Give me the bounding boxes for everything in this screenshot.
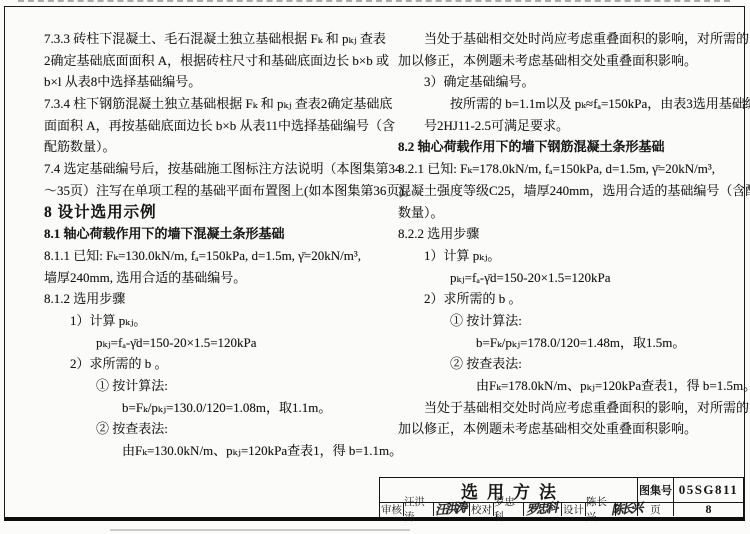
text-line: 由Fₖ=178.0kN/m、pₖⱼ=120kPa查表1，得 b=1.5m。 bbox=[398, 375, 734, 397]
text-line: 号2HJ11-2.5可满足要求。 bbox=[398, 115, 734, 137]
text-line: 墙厚240mm, 选用合适的基础编号。 bbox=[44, 267, 376, 289]
page-label: 页 bbox=[638, 503, 674, 516]
text-line: 7.3.4 柱下钢筋混凝土独立基础根据 Fₖ 和 pₖⱼ 查表2确定基础底 bbox=[44, 93, 376, 115]
text-line: 8.1.1 已知: Fₖ=130.0kN/m, fₐ=150kPa, d=1.5… bbox=[44, 245, 376, 267]
text-line: b×l 从表8中选择基础编号。 bbox=[44, 71, 376, 93]
text-line: 8.1 轴心荷载作用下的墙下混凝土条形基础 bbox=[44, 223, 376, 245]
text-line: ① 按计算法: bbox=[44, 375, 376, 397]
text-line: ① 按计算法: bbox=[398, 310, 734, 332]
text-line: ② 按查表法: bbox=[398, 353, 734, 375]
text-line: pₖⱼ=fₐ-γ̄d=150-20×1.5=120kPa bbox=[44, 332, 376, 354]
content-left-column: 7.3.3 砖柱下混凝土、毛石混凝土独立基础根据 Fₖ 和 pₖⱼ 查表2确定基… bbox=[44, 28, 376, 462]
text-line: 数量）。 bbox=[398, 202, 734, 224]
text-line: 加以修正，本例题未考虑基础相交处重叠面积影响。 bbox=[398, 418, 734, 440]
atlas-no-value: 05SG811 bbox=[674, 478, 743, 503]
text-line: 8.2.1 已知: Fₖ=178.0kN/m, fₐ=150kPa, d=1.5… bbox=[398, 158, 734, 180]
text-line: 1）计算 pₖⱼ。 bbox=[398, 245, 734, 267]
text-line: 当处于基础相交处时尚应考虑重叠面积的影响，对所需的 b bbox=[398, 28, 734, 50]
text-line: 8.2 轴心荷载作用下的墙下钢筋混凝土条形基础 bbox=[398, 136, 734, 158]
designer-label: 设计 bbox=[562, 503, 586, 516]
content-right-column: 当处于基础相交处时尚应考虑重叠面积的影响，对所需的 b加以修正，本例题未考虑基础… bbox=[398, 28, 734, 440]
text-line: 当处于基础相交处时尚应考虑重叠面积的影响，对所需的 b bbox=[398, 397, 734, 419]
text-line: 7.3.3 砖柱下混凝土、毛石混凝土独立基础根据 Fₖ 和 pₖⱼ 查表 bbox=[44, 28, 376, 50]
text-line: b=Fₖ/pₖⱼ=130.0/120=1.08m，取1.1m。 bbox=[44, 397, 376, 419]
text-line: 8.2.2 选用步骤 bbox=[398, 223, 734, 245]
text-line: 2）求所需的 b 。 bbox=[398, 288, 734, 310]
text-line: 8.1.2 选用步骤 bbox=[44, 288, 376, 310]
signature-script: 罗忠科 bbox=[526, 498, 559, 519]
text-line: ② 按查表法: bbox=[44, 418, 376, 440]
text-line: 3）确定基础编号。 bbox=[398, 71, 734, 93]
text-line: 按所需的 b=1.1m以及 pₖ≈fₐ=150kPa，由表3选用基础编 bbox=[398, 93, 734, 115]
text-line: b=Fₖ/pₖⱼ=178.0/120=1.48m，取1.5m。 bbox=[398, 332, 734, 354]
reviewer-signature: 汪洪涛 bbox=[434, 503, 470, 516]
scan-artifact-bottom-line bbox=[110, 529, 410, 531]
title-block: 选用方法 图集号 05SG811 审核 汪洪涛 汪洪涛 校对 罗忠科 罗忠科 设… bbox=[379, 477, 744, 517]
text-line: 混凝土强度等级C25，墙厚240mm，选用合适的基础编号（含配筋 bbox=[398, 180, 734, 202]
text-line: 由Fₖ=130.0kN/m、pₖⱼ=120kPa查表1，得 b=1.1m。 bbox=[44, 440, 376, 462]
text-line: 2确定基础底面面积 A，根据砖柱尺寸和基础底面边长 b×b 或 bbox=[44, 50, 376, 72]
text-line: 配筋数量）。 bbox=[44, 136, 376, 158]
text-line: 8 设计选用示例 bbox=[44, 202, 376, 224]
text-line: ～35页）注写在单项工程的基础平面布置图上(如本图集第36页)。 bbox=[44, 180, 376, 202]
reviewer-label: 审核 bbox=[380, 503, 404, 516]
designer-signature: 陈长兴 bbox=[616, 503, 638, 516]
text-line: 7.4 选定基础编号后，按基础施工图标注方法说明（本图集第34 bbox=[44, 158, 376, 180]
text-line: 面面积 A，再按基础底面边长 b×b 从表11中选择基础编号（含 bbox=[44, 115, 376, 137]
signature-script: 汪洪涛 bbox=[435, 498, 468, 519]
proofreader-signature: 罗忠科 bbox=[524, 503, 562, 516]
reviewer-name: 汪洪涛 bbox=[404, 503, 434, 516]
proofreader-label: 校对 bbox=[470, 503, 494, 516]
page-number: 8 bbox=[674, 503, 743, 516]
text-line: 1）计算 pₖⱼ。 bbox=[44, 310, 376, 332]
text-line: pₖⱼ=fₐ-γ̄d=150-20×1.5=120kPa bbox=[398, 267, 734, 289]
text-line: 2）求所需的 b 。 bbox=[44, 353, 376, 375]
signature-script: 陈长兴 bbox=[610, 498, 643, 519]
scan-artifact-top-line bbox=[18, 0, 730, 2]
scanned-atlas-page: { "left_column": { "lines": [ {"t": "7.3… bbox=[0, 0, 750, 534]
proofreader-name: 罗忠科 bbox=[494, 503, 524, 516]
text-line: 加以修正，本例题未考虑基础相交处重叠面积影响。 bbox=[398, 50, 734, 72]
